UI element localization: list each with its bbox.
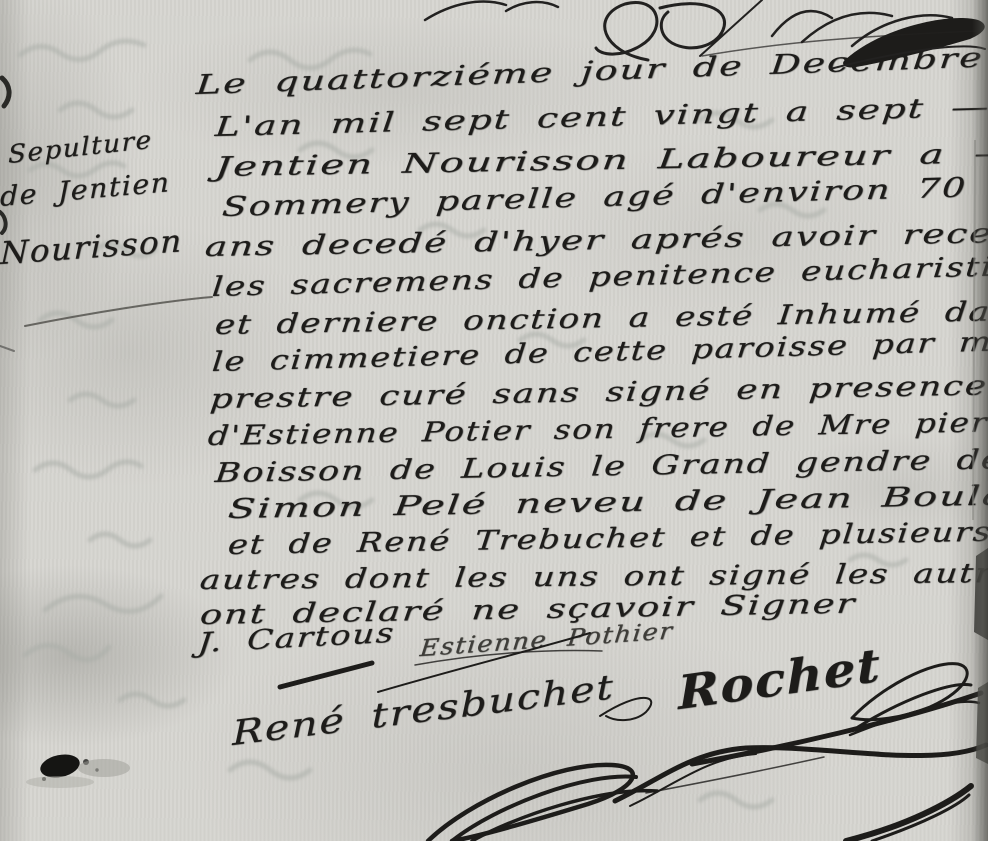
margin-note-line-3: Nourisson: [0, 223, 183, 272]
margin-note-line-2: de Jentien: [0, 167, 170, 213]
binding-gutter-shadow: [972, 0, 988, 841]
signature-rochet-curate: Rochet: [677, 637, 882, 720]
record-line-10: d'Estienne Potier son frere de Mre pierr…: [207, 407, 988, 452]
ink-blot: [26, 751, 130, 788]
margin-note-line-1: Sepulture: [8, 125, 153, 169]
manuscript-page: Sepulture de Jentien Nourisson Le quatto…: [0, 0, 988, 841]
record-line-1: Le quattorziéme jour de Decembre —: [195, 40, 988, 101]
record-line-14: autres dont les uns ont signé les autres: [199, 558, 988, 596]
record-line-2: L'an mil sept cent vingt a sept —: [214, 92, 988, 143]
record-line-9: prestre curé sans signé en presence —: [209, 369, 988, 415]
bottom-paraph-flourish: [428, 745, 986, 841]
left-page-edge-marks: [0, 78, 14, 351]
signature-rene-tresbuchet: René tresbuchet: [232, 667, 615, 754]
margin-underline-stroke: [25, 297, 212, 326]
